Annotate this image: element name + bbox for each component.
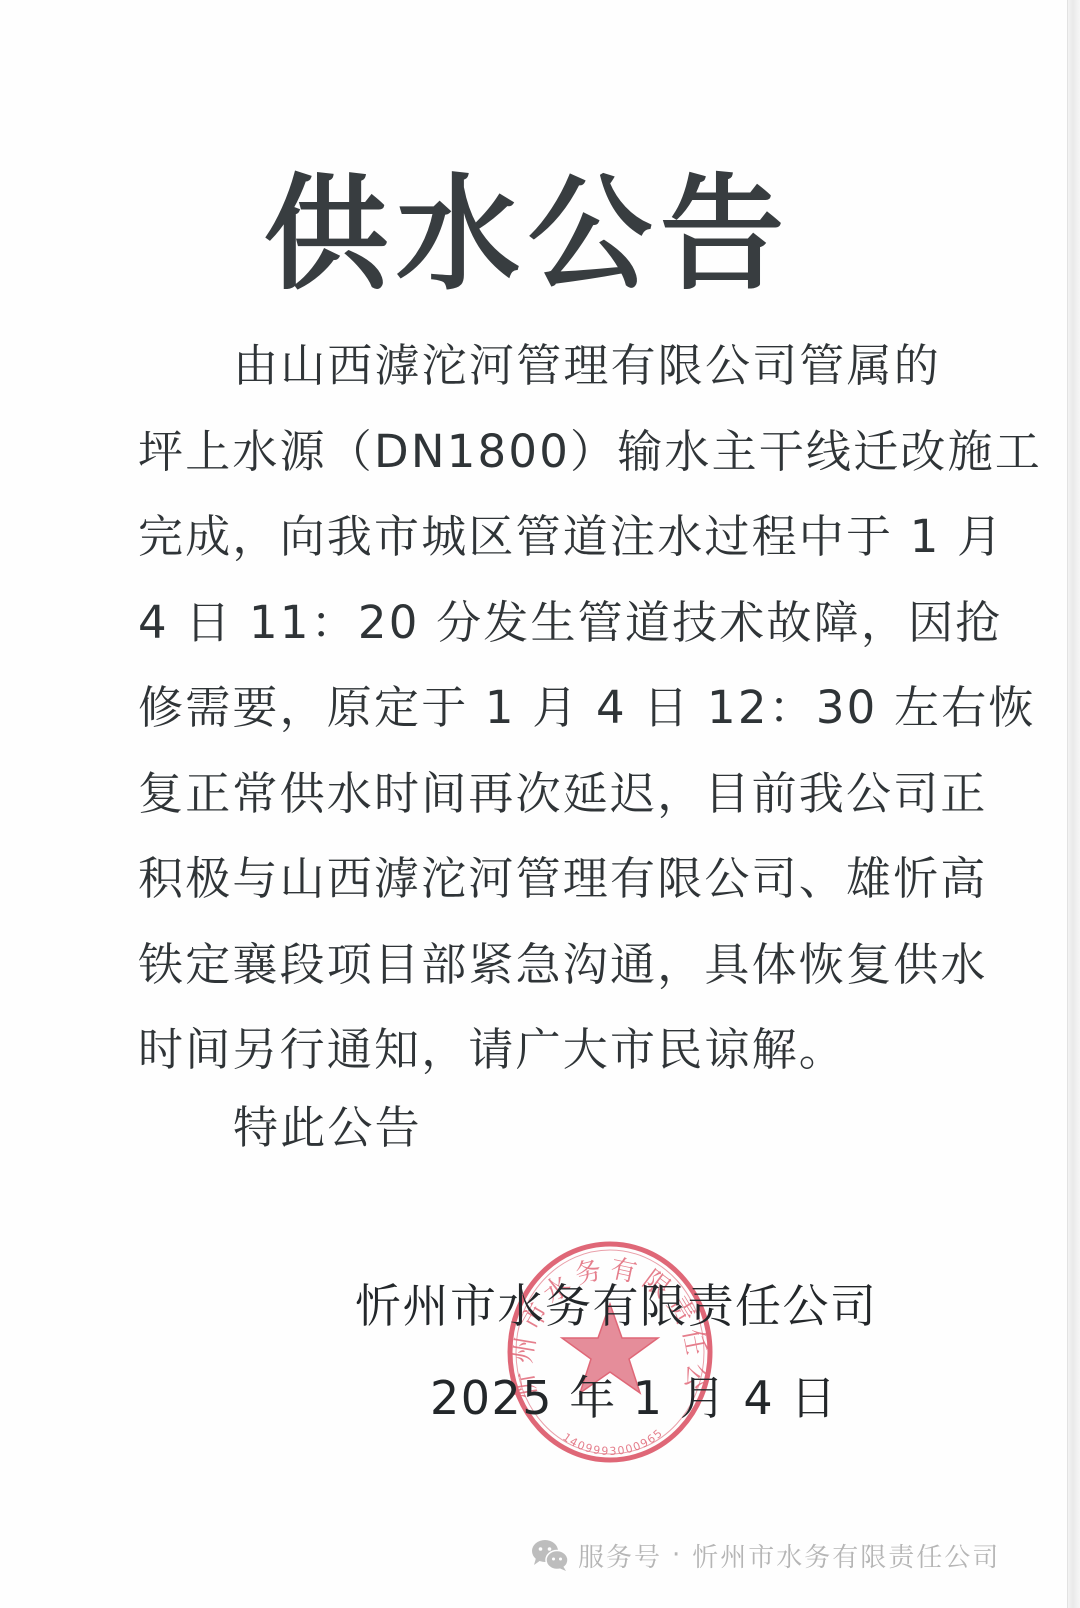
body-line: 由山西滹沱河管理有限公司管属的 <box>138 323 938 409</box>
body-line: 完成，向我市城区管道注水过程中于 1 月 <box>138 494 938 580</box>
cropped-header-remnant <box>220 0 520 8</box>
document-page: 供水公告 由山西滹沱河管理有限公司管属的 坪上水源（DN1800）输水主干线迁改… <box>0 0 1068 1608</box>
separator-dot: · <box>672 1540 682 1570</box>
body-line: 4 日 11：20 分发生管道技术故障，因抢 <box>138 580 938 666</box>
wechat-icon <box>530 1538 570 1572</box>
issuer-company: 忻州市水务有限责任公司 <box>355 1270 878 1336</box>
notice-title: 供水公告 <box>0 160 1056 310</box>
body-line: 时间另行通知，请广大市民谅解。 <box>138 1007 938 1093</box>
body-line: 修需要，原定于 1 月 4 日 12：30 左右恢 <box>138 665 938 751</box>
service-account-name[interactable]: 忻州市水务有限责任公司 <box>692 1537 1000 1574</box>
body-line: 坪上水源（DN1800）输水主干线迁改施工 <box>138 409 938 495</box>
body-line: 复正常供水时间再次延迟，目前我公司正 <box>138 751 938 837</box>
wechat-service-account-watermark: 服务号 · 忻州市水务有限责任公司 <box>530 1535 1000 1575</box>
body-line: 铁定襄段项目部紧急沟通，具体恢复供水 <box>138 922 938 1008</box>
page-edge-shadow <box>1067 0 1080 1608</box>
official-seal-icon: 忻州市水务有限责任公司 1409993000965 <box>500 1232 720 1468</box>
issue-date: 2025 年 1 月 4 日 <box>430 1362 838 1428</box>
body-line: 积极与山西滹沱河管理有限公司、雄忻高 <box>138 836 938 922</box>
notice-body: 由山西滹沱河管理有限公司管属的 坪上水源（DN1800）输水主干线迁改施工 完成… <box>138 323 938 1093</box>
service-account-label: 服务号 <box>578 1537 662 1574</box>
closing-remark: 特此公告 <box>233 1093 422 1163</box>
